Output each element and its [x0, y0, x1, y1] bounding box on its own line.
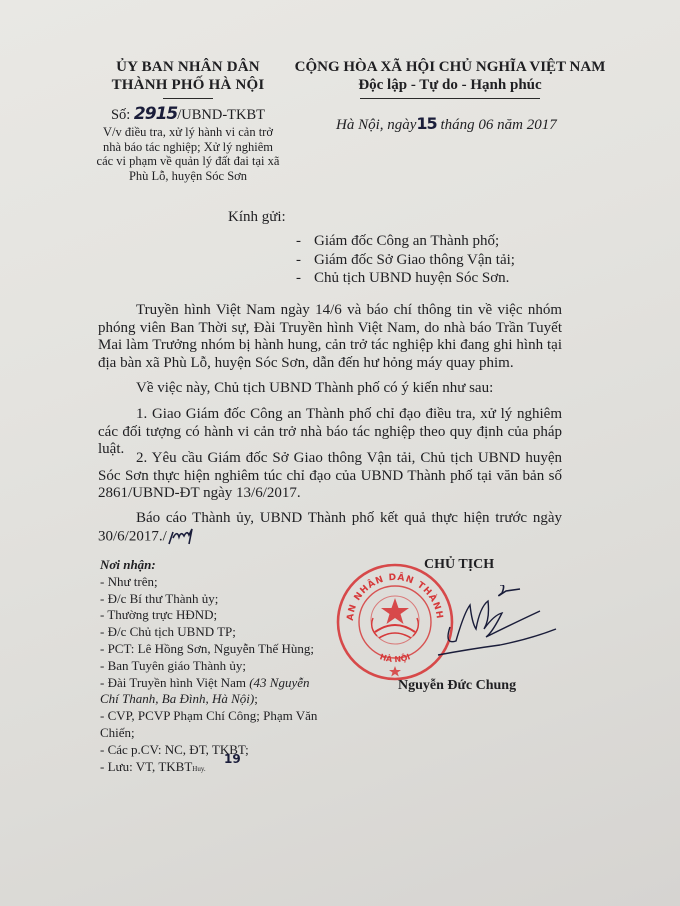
cc-item-text: - Đài Truyền hình Việt Nam [100, 675, 249, 690]
bullet-dash: - [296, 232, 314, 251]
issuing-org-line1: ỦY BAN NHÂN DÂN [88, 58, 288, 76]
national-motto: Độc lập - Tự do - Hạnh phúc [290, 76, 610, 94]
initial-mark-icon [167, 528, 197, 546]
issuing-authority-block: ỦY BAN NHÂN DÂN THÀNH PHỐ HÀ NỘI Số: 291… [88, 58, 288, 183]
svg-text:HÀ NỘI: HÀ NỘI [379, 652, 412, 664]
cc-item: - Ban Tuyên giáo Thành ủy; [100, 658, 330, 675]
cc-title: Nơi nhận: [100, 557, 330, 574]
document-number: Số: 2915/UBND-TKBT [88, 105, 288, 124]
subject-line: V/v điều tra, xử lý hành vi cản trở [88, 125, 288, 140]
cc-item: - Như trên; [100, 574, 330, 591]
cc-item: - Đài Truyền hình Việt Nam (43 Nguyễn Ch… [100, 675, 330, 709]
motto-divider [360, 98, 540, 99]
doc-number-handwritten: 2915 [134, 104, 177, 124]
subject-line: các vi phạm về quản lý đất đai tại xã [88, 154, 288, 169]
cc-list: Nơi nhận: - Như trên; - Đ/c Bí thư Thành… [100, 557, 330, 777]
document-subject: V/v điều tra, xử lý hành vi cản trở nhà … [88, 125, 288, 183]
header-divider [163, 98, 213, 99]
page-count-handwritten: 19 [224, 752, 241, 766]
cc-item: - PCT: Lê Hồng Sơn, Nguyễn Thế Hùng; [100, 641, 330, 658]
handwritten-signature-icon [430, 585, 560, 665]
recipient-text: Giám đốc Sở Giao thông Vận tải; [314, 252, 515, 268]
body-paragraph-2: Về việc này, Chủ tịch UBND Thành phố có … [98, 380, 562, 398]
recipient-item: -Giám đốc Sở Giao thông Vận tải; [296, 251, 515, 270]
issuing-org-line2: THÀNH PHỐ HÀ NỘI [88, 76, 288, 94]
cc-item: - Thường trực HĐND; [100, 607, 330, 624]
signatory-name: Nguyễn Đức Chung [398, 678, 516, 694]
bullet-dash: - [296, 251, 314, 270]
bullet-dash: - [296, 269, 314, 288]
cc-item: - CVP, PCVP Phạm Chí Công; Phạm Văn Chiế… [100, 708, 330, 742]
subject-line: nhà báo tác nghiệp; Xử lý nghiêm [88, 140, 288, 155]
archive-text: - Lưu: VT, TKBT [100, 759, 192, 774]
cc-item: - Các p.CV: NC, ĐT, TKBT; [100, 742, 330, 759]
signatory-title: CHỦ TỊCH [424, 557, 494, 573]
date-prefix: Hà Nội, ngày [336, 117, 416, 133]
salutation: Kính gửi: [228, 209, 286, 226]
recipient-list: -Giám đốc Công an Thành phố; -Giám đốc S… [296, 232, 515, 288]
recipient-item: -Chủ tịch UBND huyện Sóc Sơn. [296, 269, 515, 288]
recipient-item: -Giám đốc Công an Thành phố; [296, 232, 515, 251]
subject-line: Phù Lỗ, huyện Sóc Sơn [88, 169, 288, 184]
recipient-text: Chủ tịch UBND huyện Sóc Sơn. [314, 270, 509, 286]
body-directive-2: 2. Yêu cầu Giám đốc Sở Giao thông Vận tả… [98, 450, 562, 503]
seal-text-bottom: HÀ NỘI [379, 652, 412, 664]
cc-item: - Đ/c Bí thư Thành ủy; [100, 591, 330, 608]
date-suffix: tháng 06 năm 2017 [437, 117, 557, 133]
cc-item: - Đ/c Chủ tịch UBND TP; [100, 624, 330, 641]
recipient-text: Giám đốc Công an Thành phố; [314, 233, 499, 249]
doc-number-suffix: /UBND-TKBT [177, 107, 265, 123]
doc-number-prefix: Số: [111, 107, 134, 123]
issue-date: Hà Nội, ngày15 tháng 06 năm 2017 [336, 114, 557, 134]
date-day-handwritten: 15 [416, 114, 436, 133]
cc-archive: - Lưu: VT, TKBTHuy. [100, 759, 330, 778]
archive-initials: Huy. [192, 765, 205, 773]
body-report-request: Báo cáo Thành ủy, UBND Thành phố kết quả… [98, 510, 562, 546]
national-header-block: CỘNG HÒA XÃ HỘI CHỦ NGHĨA VIỆT NAM Độc l… [290, 58, 610, 99]
body-paragraph-1: Truyền hình Việt Nam ngày 14/6 và báo ch… [98, 302, 562, 372]
nation-name: CỘNG HÒA XÃ HỘI CHỦ NGHĨA VIỆT NAM [290, 58, 610, 76]
cc-item-end: ; [254, 691, 258, 706]
